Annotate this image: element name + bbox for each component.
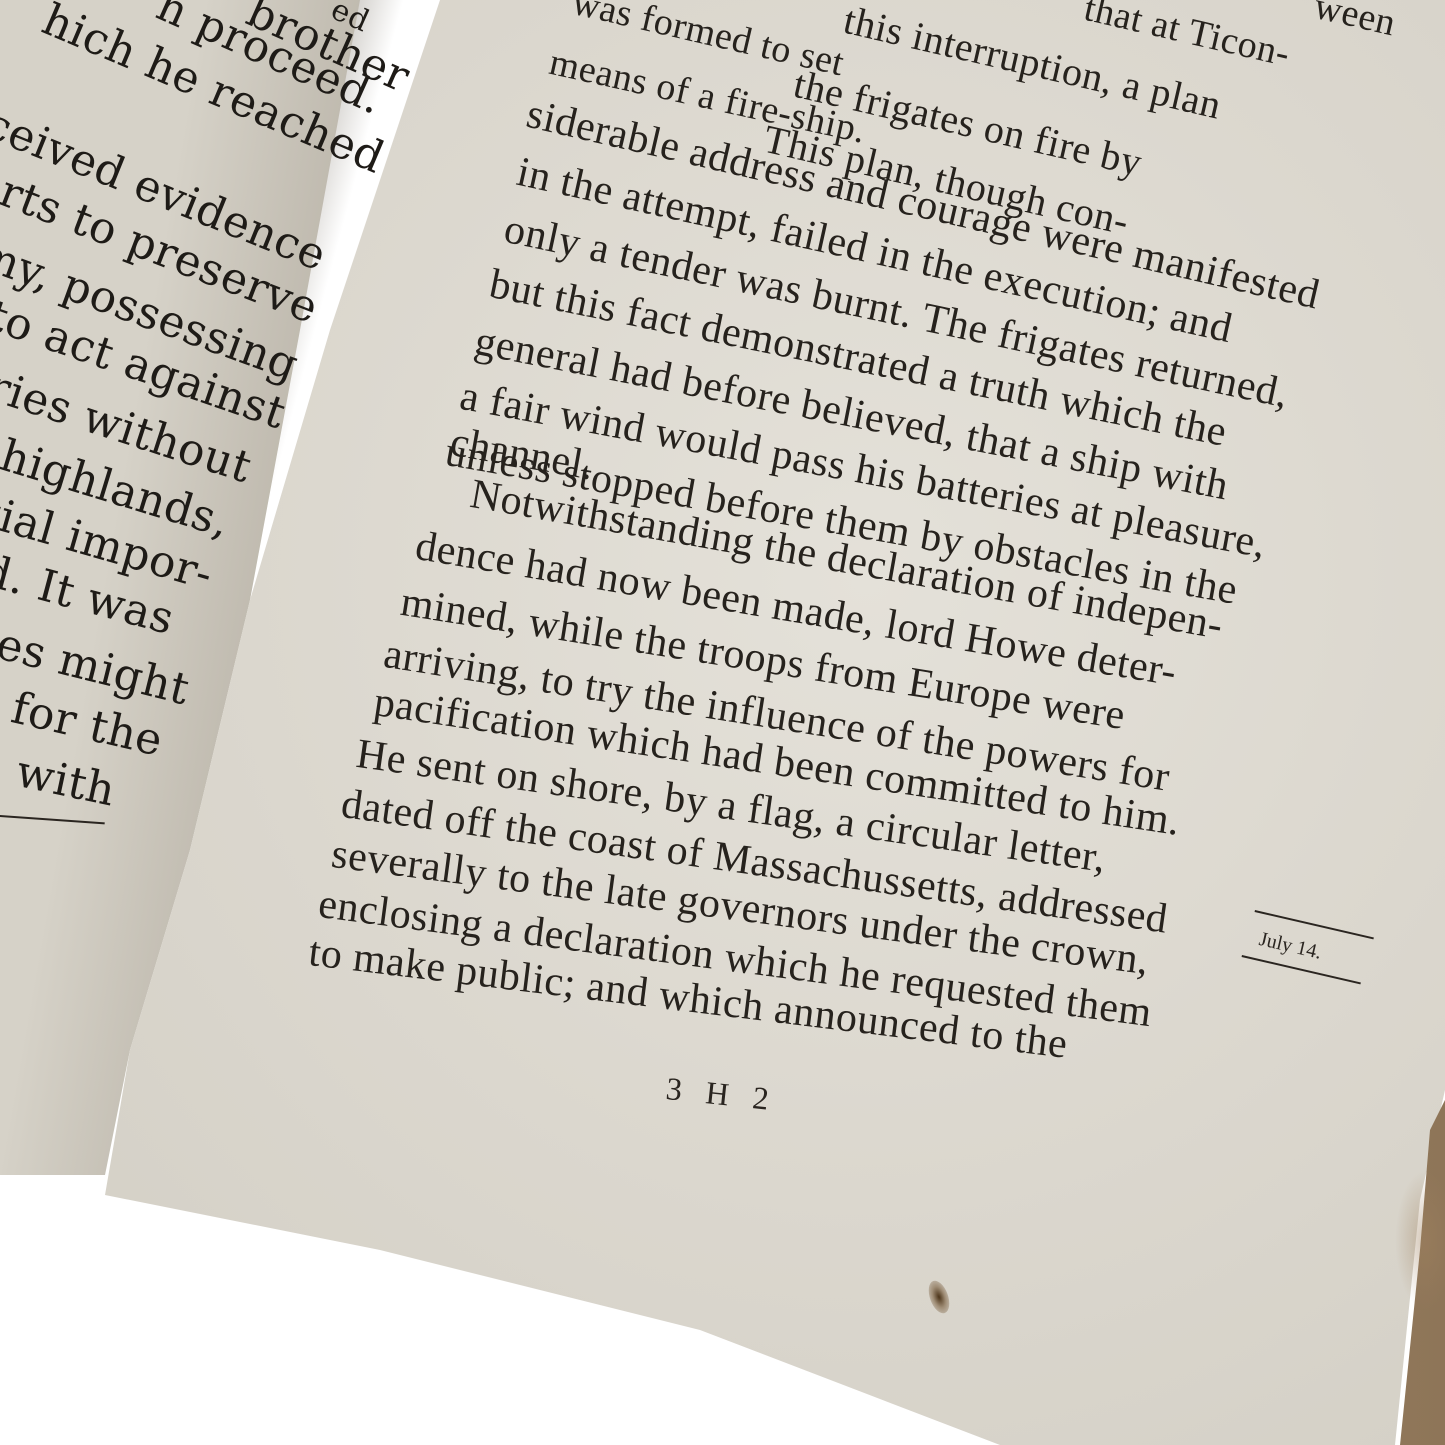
open-book-photo: ed brother n proceed. hich he reached ec… [0, 0, 1445, 1445]
